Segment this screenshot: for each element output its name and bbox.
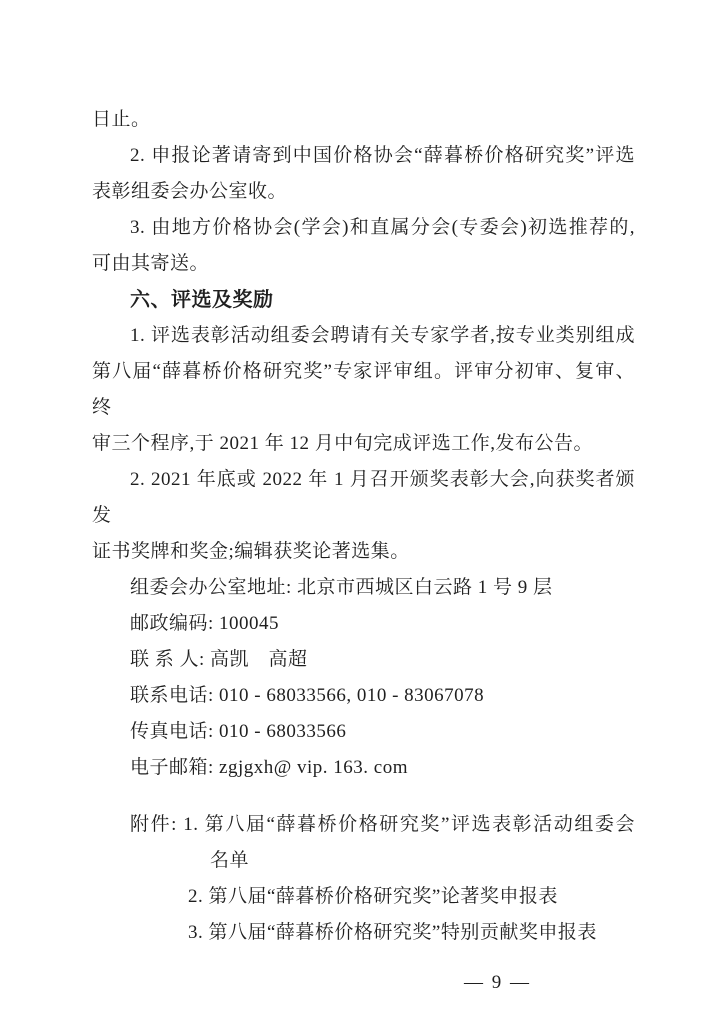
contact-fax-line: 传真电话: 010 - 68033566 [92, 714, 635, 750]
para-expert-review-line-1: 1. 评选表彰活动组委会聘请有关专家学者,按专业类别组成 [92, 318, 635, 354]
contact-phone-line: 联系电话: 010 - 68033566, 010 - 83067078 [92, 678, 635, 714]
document-page: 日止。 2. 申报论著请寄到中国价格协会“薛暮桥价格研究奖”评选 表彰组委会办公… [0, 0, 724, 1024]
section-heading-evaluation-and-awards: 六、评选及奖励 [92, 282, 635, 318]
para-deadline-end-line: 日止。 [92, 102, 635, 138]
attachments-item-3: 3. 第八届“薛暮桥价格研究奖”特别贡献奖申报表 [92, 915, 635, 951]
para-award-ceremony-line-1: 2. 2021 年底或 2022 年 1 月召开颁奖表彰大会,向获奖者颁发 [92, 462, 635, 534]
contact-email-line: 电子邮箱: zgjgxh@ vip. 163. com [92, 750, 635, 786]
attachments-item-2: 2. 第八届“薛暮桥价格研究奖”论著奖申报表 [92, 879, 635, 915]
contact-postcode-line: 邮政编码: 100045 [92, 606, 635, 642]
contact-person-line: 联 系 人: 高凯 高超 [92, 642, 635, 678]
para-expert-review-line-2: 第八届“薛暮桥价格研究奖”专家评审组。评审分初审、复审、终 [92, 354, 635, 426]
para-expert-review-line-3: 审三个程序,于 2021 年 12 月中旬完成评选工作,发布公告。 [92, 426, 635, 462]
attachments-item-1-line-2: 名单 [92, 843, 635, 879]
page-number: — 9 — [92, 968, 635, 998]
para-local-association-line-2: 可由其寄送。 [92, 246, 635, 282]
para-submission-address-line-2: 表彰组委会办公室收。 [92, 174, 635, 210]
para-local-association-line-1: 3. 由地方价格协会(学会)和直属分会(专委会)初选推荐的, [92, 210, 635, 246]
attachments-item-1-line-1: 附件: 1. 第八届“薛暮桥价格研究奖”评选表彰活动组委会 [92, 807, 635, 843]
para-submission-address-line-1: 2. 申报论著请寄到中国价格协会“薛暮桥价格研究奖”评选 [92, 138, 635, 174]
contact-address-line: 组委会办公室地址: 北京市西城区白云路 1 号 9 层 [92, 570, 635, 606]
para-award-ceremony-line-2: 证书奖牌和奖金;编辑获奖论著选集。 [92, 534, 635, 570]
